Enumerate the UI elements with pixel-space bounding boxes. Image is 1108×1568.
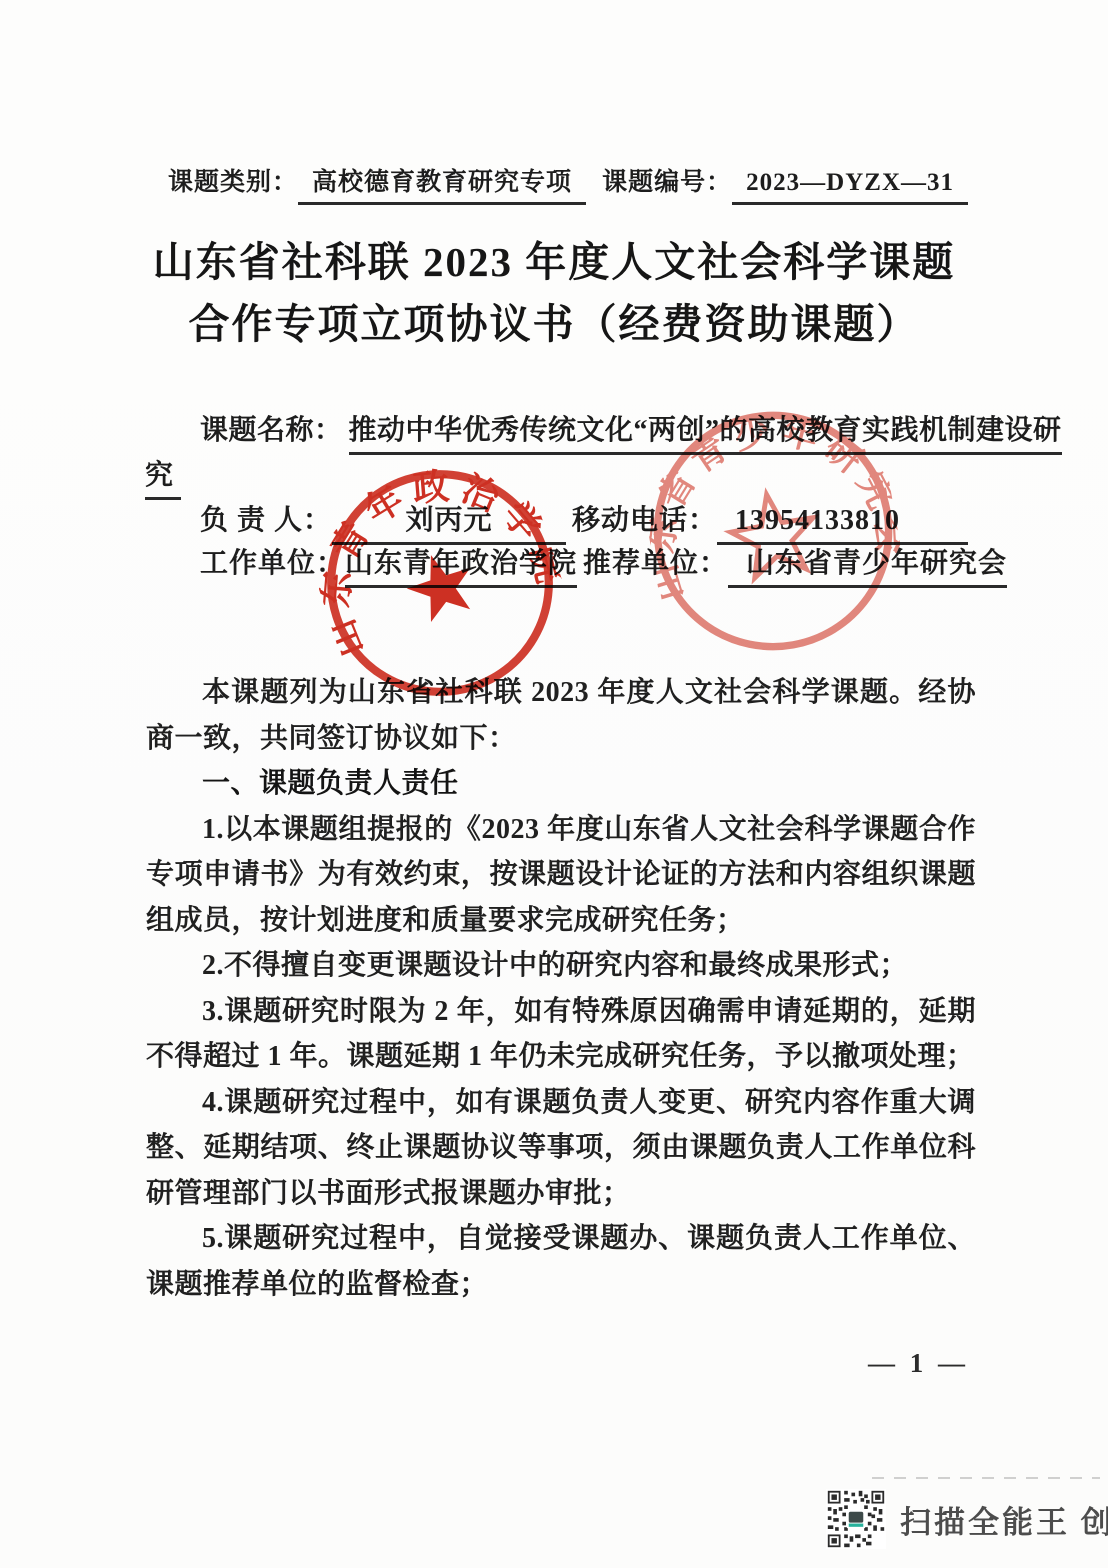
phone-label: 移动电话： (572, 501, 717, 541)
clause-2: 2.不得擅自变更课题设计中的研究内容和最终成果形式； (146, 943, 976, 989)
project-name-row: 课题名称： 推动中华优秀传统文化“两创”的高校教育实践机制建设研 (200, 411, 970, 455)
clause-5: 5.课题研究过程中，自觉接受课题办、课题负责人工作单位、课题推荐单位的监督检查； (146, 1216, 976, 1307)
document-header-row: 课题类别： 高校德育教育研究专项 课题编号： 2023—DYZX—31 (168, 166, 968, 205)
document-title-line1: 山东省社科联 2023 年度人文社会科学课题 (0, 231, 1108, 293)
intro-paragraph: 本课题列为山东省社科联 2023 年度人文社会科学课题。经协商一致，共同签订协议… (146, 670, 976, 761)
leader-label: 负 责 人： (200, 501, 332, 541)
scanned-document-page: 课题类别： 高校德育教育研究专项 课题编号： 2023—DYZX—31 山东省社… (0, 0, 1108, 1568)
document-title-line2: 合作专项立项协议书（经费资助课题） (0, 293, 1108, 355)
project-number-label: 课题编号： (602, 166, 732, 200)
clause-4: 4.课题研究过程中，如有课题负责人变更、研究内容作重大调整、延期结项、终止课题协… (146, 1080, 976, 1217)
section1-heading: 一、课题负责人责任 (146, 761, 976, 807)
recommend-unit-label: 推荐单位： (583, 544, 728, 584)
camscanner-logo (849, 1512, 864, 1523)
clause-1: 1.以本课题组提报的《2023 年度山东省人文社会科学课题合作专项申请书》为有效… (146, 807, 976, 944)
project-name-overflow-char: 究 (145, 456, 181, 500)
phone-value: 13954133810 (717, 501, 968, 545)
scan-artifact-line (872, 1477, 1100, 1479)
category-value: 高校德育教育研究专项 (298, 166, 586, 205)
project-name-overflow: 究 (145, 456, 181, 500)
work-unit-row: 工作单位： 山东青年政治学院 推荐单位： 山东省青少年研究会 (200, 544, 968, 588)
work-unit-label: 工作单位： (200, 544, 345, 584)
scanner-footer: 扫描全能王 创建 (826, 1489, 1108, 1549)
qr-code-icon (826, 1489, 886, 1549)
document-title: 山东省社科联 2023 年度人文社会科学课题 合作专项立项协议书（经费资助课题） (0, 231, 1108, 355)
project-number-value: 2023—DYZX—31 (732, 166, 968, 205)
leader-row: 负 责 人： 刘丙元 移动电话： 13954133810 (200, 501, 968, 545)
agreement-body: 本课题列为山东省社科联 2023 年度人文社会科学课题。经协商一致，共同签订协议… (146, 670, 976, 1307)
page-number: — 1 — (868, 1348, 969, 1379)
scanner-credit-text: 扫描全能王 创建 (900, 1497, 1108, 1542)
clause-3: 3.课题研究时限为 2 年，如有特殊原因确需申请延期的，延期不得超过 1 年。课… (146, 989, 976, 1080)
category-label: 课题类别： (168, 166, 298, 200)
project-name-value: 推动中华优秀传统文化“两创”的高校教育实践机制建设研 (349, 411, 1062, 455)
leader-value: 刘丙元 (332, 501, 566, 545)
work-unit-value: 山东青年政治学院 (345, 544, 577, 588)
project-name-label: 课题名称： (200, 411, 343, 451)
recommend-unit-value: 山东省青少年研究会 (728, 544, 1007, 588)
